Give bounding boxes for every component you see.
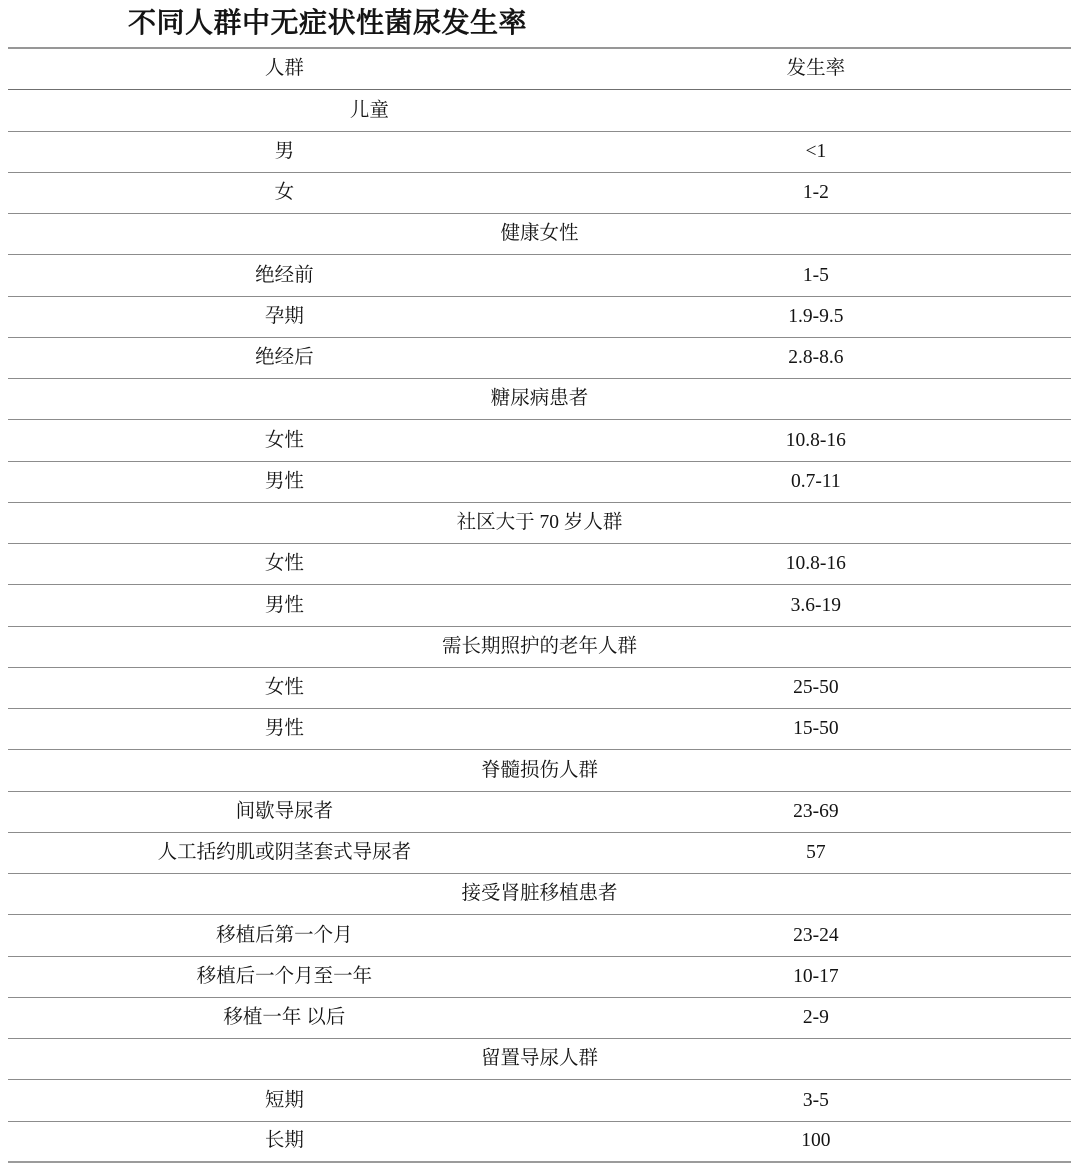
section-row-diabetes: 糖尿病患者 — [8, 379, 1071, 420]
table-row: 绝经前 1-5 — [8, 255, 1071, 296]
table-row: 孕期 1.9-9.5 — [8, 297, 1071, 338]
section-label: 脊髓损伤人群 — [8, 761, 1071, 781]
rate-cell: 2-9 — [561, 1008, 1071, 1028]
population-cell: 女 — [8, 183, 561, 203]
table-row: 间歇导尿者 23-69 — [8, 792, 1071, 833]
table-row: 女 1-2 — [8, 173, 1071, 214]
rate-cell: 15-50 — [561, 719, 1071, 739]
section-row-kidney-transplant: 接受肾脏移植患者 — [8, 874, 1071, 915]
population-cell: 移植一年 以后 — [8, 1008, 561, 1028]
population-cell: 男性 — [8, 596, 561, 616]
rate-cell: 10.8-16 — [561, 554, 1071, 574]
table-row: 人工括约肌或阴茎套式导尿者 57 — [8, 833, 1071, 874]
table-header-row: 人群 发生率 — [8, 49, 1071, 90]
document-page: 不同人群中无症状性菌尿发生率 人群 发生率 儿童 男 <1 女 1-2 健康女性… — [0, 0, 1080, 1169]
section-row-healthy-women: 健康女性 — [8, 214, 1071, 255]
population-cell: 女性 — [8, 431, 561, 451]
table-row: 移植一年 以后 2-9 — [8, 998, 1071, 1039]
population-cell: 移植后第一个月 — [8, 926, 561, 946]
section-row-long-term-care-elderly: 需长期照护的老年人群 — [8, 627, 1071, 668]
rate-cell: 23-69 — [561, 802, 1071, 822]
rate-cell: 1.9-9.5 — [561, 307, 1071, 327]
table-row: 男性 0.7-11 — [8, 462, 1071, 503]
table-row: 女性 10.8-16 — [8, 420, 1071, 461]
table-row: 绝经后 2.8-8.6 — [8, 338, 1071, 379]
population-cell: 长期 — [8, 1131, 561, 1151]
rate-cell: 2.8-8.6 — [561, 348, 1071, 368]
section-label: 接受肾脏移植患者 — [8, 884, 1071, 904]
section-row-community-over-70: 社区大于 70 岁人群 — [8, 503, 1071, 544]
rate-cell: 3.6-19 — [561, 596, 1071, 616]
population-cell: 人工括约肌或阴茎套式导尿者 — [8, 843, 561, 863]
table-row: 移植后一个月至一年 10-17 — [8, 957, 1071, 998]
incidence-table: 人群 发生率 儿童 男 <1 女 1-2 健康女性 绝经前 1-5 孕期 1.9… — [8, 47, 1071, 1163]
population-cell: 间歇导尿者 — [8, 802, 561, 822]
section-label: 需长期照护的老年人群 — [8, 637, 1071, 657]
population-cell: 女性 — [8, 554, 561, 574]
table-row: 男性 15-50 — [8, 709, 1071, 750]
table-row: 男 <1 — [8, 132, 1071, 173]
rate-cell: 10.8-16 — [561, 431, 1071, 451]
rate-cell: 10-17 — [561, 967, 1071, 987]
population-cell: 男 — [8, 142, 561, 162]
table-row: 女性 10.8-16 — [8, 544, 1071, 585]
column-header-rate: 发生率 — [561, 59, 1071, 79]
table-title: 不同人群中无症状性菌尿发生率 — [128, 8, 527, 40]
table-row: 移植后第一个月 23-24 — [8, 915, 1071, 956]
population-cell: 短期 — [8, 1091, 561, 1111]
section-row-indwelling-catheter: 留置导尿人群 — [8, 1039, 1071, 1080]
rate-cell: <1 — [561, 142, 1071, 162]
population-cell: 男性 — [8, 719, 561, 739]
rate-cell: 3-5 — [561, 1091, 1071, 1111]
rate-cell: 1-5 — [561, 266, 1071, 286]
table-row: 女性 25-50 — [8, 668, 1071, 709]
table-row: 短期 3-5 — [8, 1080, 1071, 1121]
table-row: 男性 3.6-19 — [8, 585, 1071, 626]
population-cell: 移植后一个月至一年 — [8, 967, 561, 987]
population-cell: 女性 — [8, 678, 561, 698]
section-label: 糖尿病患者 — [8, 389, 1071, 409]
table-row: 长期 100 — [8, 1122, 1071, 1163]
section-label: 留置导尿人群 — [8, 1049, 1071, 1069]
population-cell: 孕期 — [8, 307, 561, 327]
rate-cell: 23-24 — [561, 926, 1071, 946]
section-row-children: 儿童 — [8, 90, 1071, 131]
section-label: 健康女性 — [8, 224, 1071, 244]
section-row-spinal-cord-injury: 脊髓损伤人群 — [8, 750, 1071, 791]
rate-cell: 57 — [561, 843, 1071, 863]
rate-cell: 25-50 — [561, 678, 1071, 698]
column-header-population: 人群 — [8, 59, 561, 79]
section-label: 儿童 — [8, 101, 731, 121]
rate-cell: 100 — [561, 1131, 1071, 1151]
rate-cell: 1-2 — [561, 183, 1071, 203]
population-cell: 绝经前 — [8, 266, 561, 286]
population-cell: 男性 — [8, 472, 561, 492]
rate-cell: 0.7-11 — [561, 472, 1071, 492]
population-cell: 绝经后 — [8, 348, 561, 368]
section-label: 社区大于 70 岁人群 — [8, 513, 1071, 533]
